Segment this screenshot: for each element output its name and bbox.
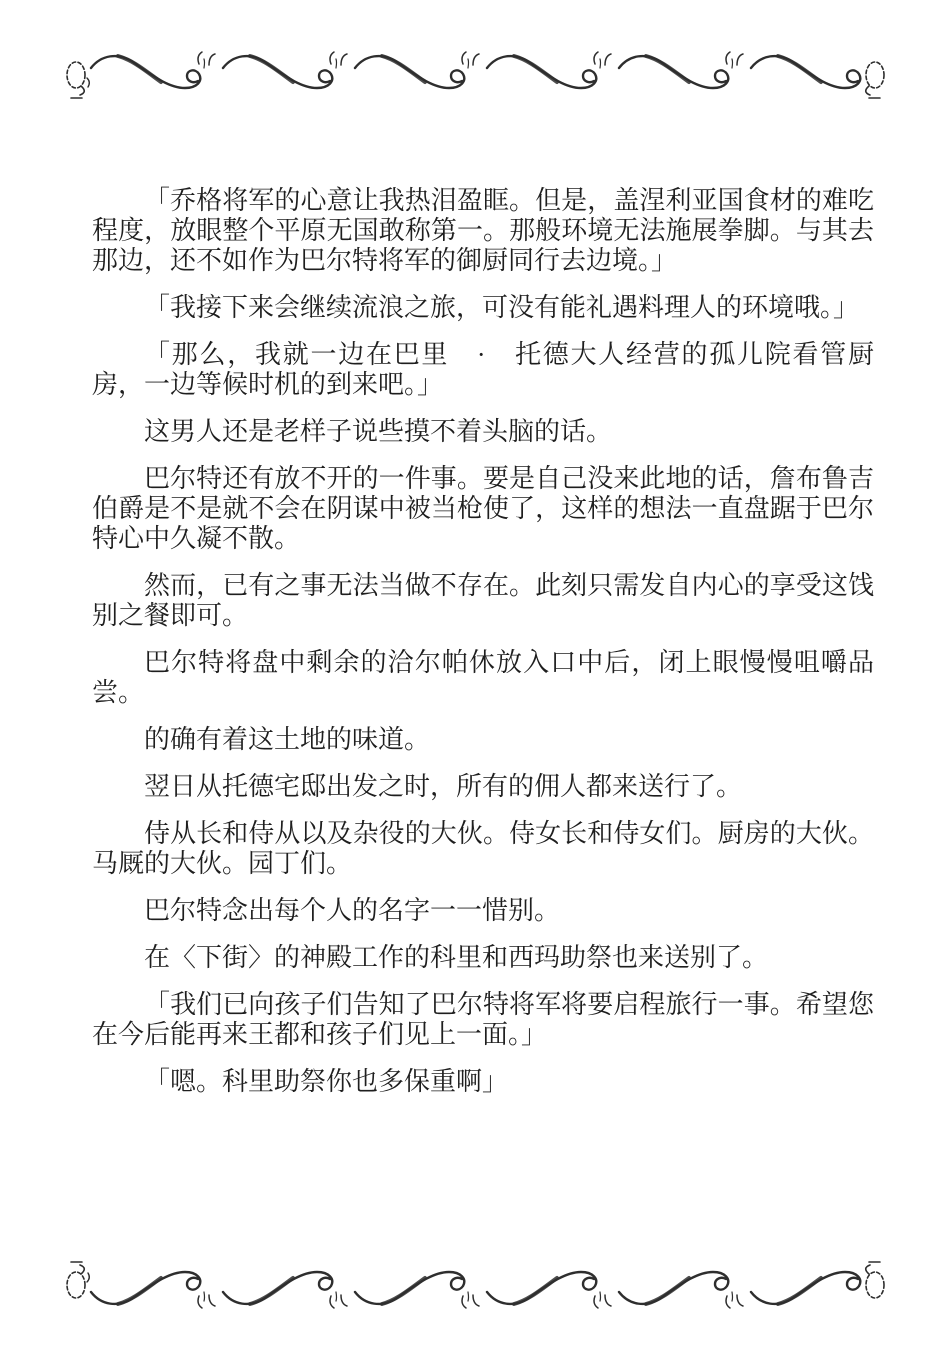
top-flourish-border	[63, 50, 889, 104]
page-text: 「乔格将军的心意让我热泪盈眶。但是，盖涅利亚国食材的难吃程度，放眼整个平原无国敢…	[92, 186, 874, 1114]
paragraph: 翌日从托德宅邸出发之时，所有的佣人都来送行了。	[92, 772, 874, 802]
paragraph: 「嗯。科里助祭你也多保重啊」	[92, 1067, 874, 1097]
paragraph: 然而，已有之事无法当做不存在。此刻只需发自内心的享受这饯别之餐即可。	[92, 571, 874, 631]
paragraph: 这男人还是老样子说些摸不着头脑的话。	[92, 417, 874, 447]
paragraph: 巴尔特将盘中剩余的洽尔帕休放入口中后，闭上眼慢慢咀嚼品尝。	[92, 648, 874, 708]
bottom-flourish-border	[63, 1256, 889, 1310]
paragraph: 「那么，我就一边在巴里 · 托德大人经营的孤儿院看管厨房，一边等候时机的到来吧。…	[92, 340, 874, 400]
novel-page: 「乔格将军的心意让我热泪盈眶。但是，盖涅利亚国食材的难吃程度，放眼整个平原无国敢…	[0, 0, 952, 1360]
paragraph: 侍从长和侍从以及杂役的大伙。侍女长和侍女们。厨房的大伙。马厩的大伙。园丁们。	[92, 819, 874, 879]
flourish-ornament-icon	[63, 50, 889, 104]
paragraph: 在〈下街〉的神殿工作的科里和西玛助祭也来送别了。	[92, 943, 874, 973]
paragraph: 巴尔特念出每个人的名字一一惜别。	[92, 896, 874, 926]
flourish-ornament-icon	[63, 1256, 889, 1310]
paragraph: 「乔格将军的心意让我热泪盈眶。但是，盖涅利亚国食材的难吃程度，放眼整个平原无国敢…	[92, 186, 874, 276]
paragraph: 「我们已向孩子们告知了巴尔特将军将要启程旅行一事。希望您在今后能再来王都和孩子们…	[92, 990, 874, 1050]
paragraph: 「我接下来会继续流浪之旅，可没有能礼遇料理人的环境哦。」	[92, 293, 874, 323]
paragraph: 的确有着这土地的味道。	[92, 725, 874, 755]
paragraph: 巴尔特还有放不开的一件事。要是自己没来此地的话，詹布鲁吉伯爵是不是就不会在阴谋中…	[92, 464, 874, 554]
